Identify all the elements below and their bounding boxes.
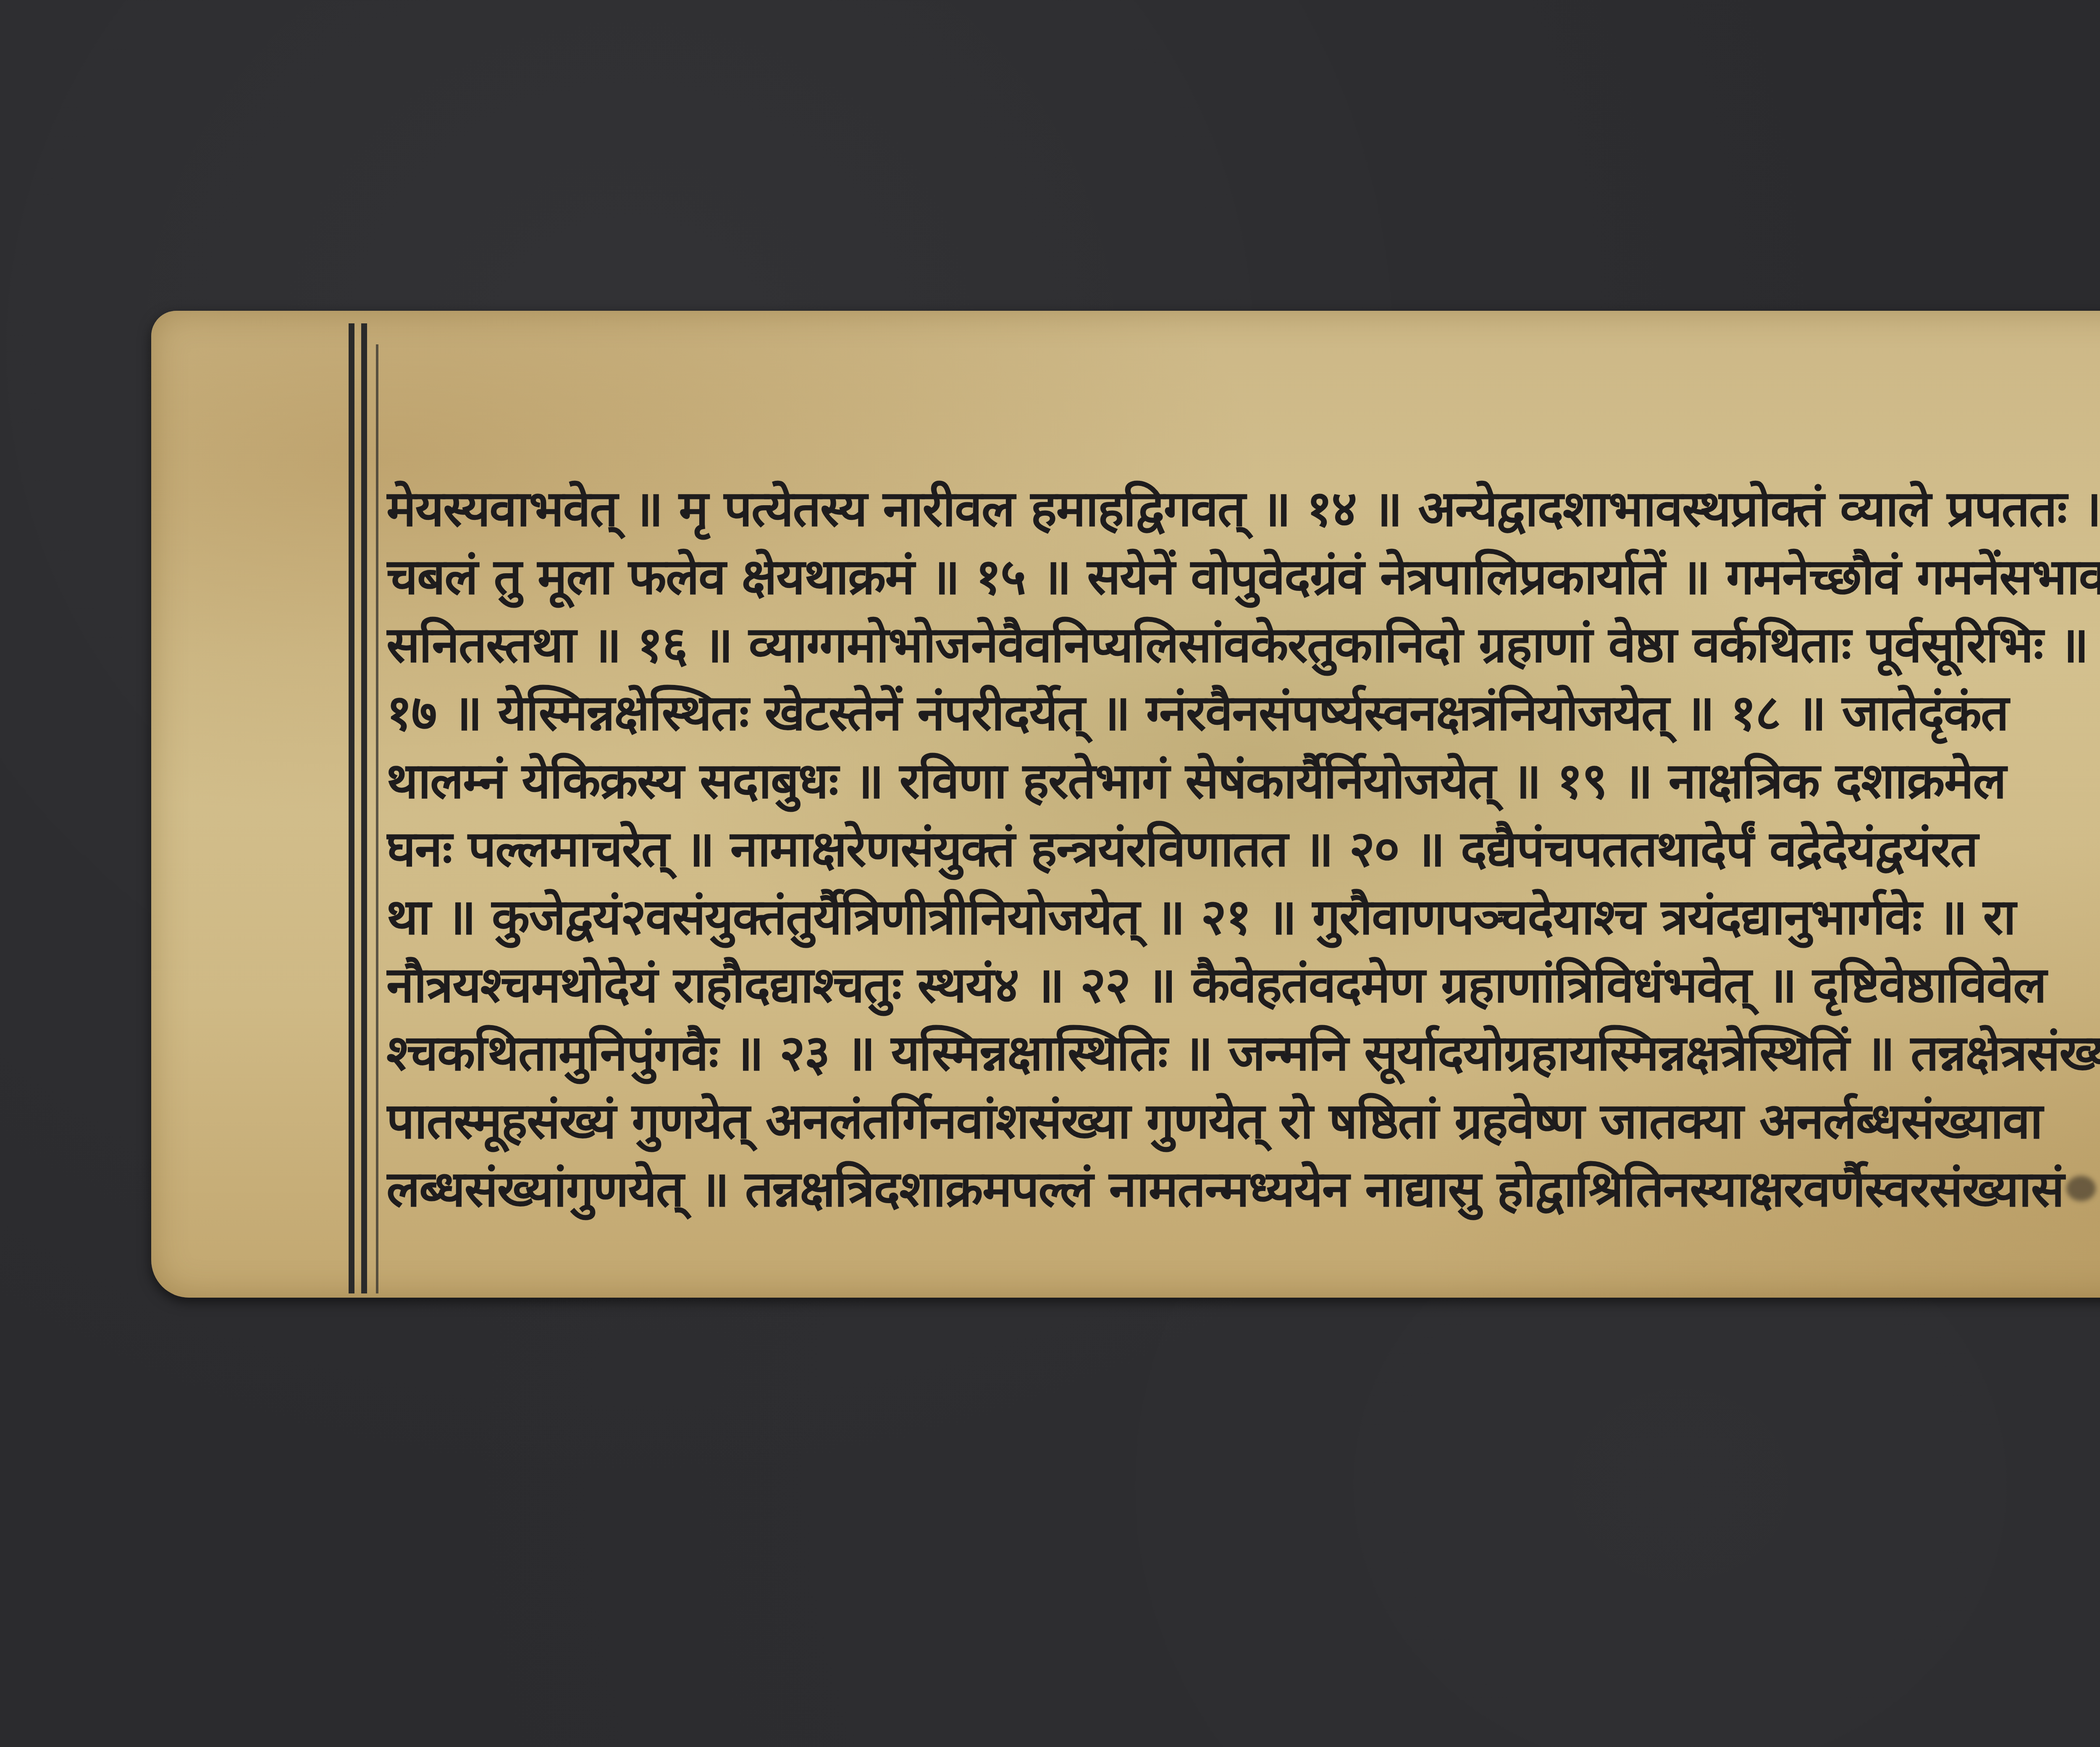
ink-stain [2066, 1176, 2096, 1201]
text-line-3: सनितस्तथा ॥ १६ ॥ व्याग्गमोभोजनेवैवनिप्यल… [386, 611, 2100, 679]
text-line-2: चबलं तु मूला फलेव क्षेयथाक्रमं ॥ १५ ॥ सय… [386, 543, 2100, 611]
text-line-9: श्चकथितामुनिपुंगवैः ॥ २३ ॥ यस्मिन्नक्षास… [386, 1019, 2100, 1087]
text-line-1: मेयस्यवाभवेत् ॥ मृ पत्येतस्य नारीवल हमाह… [386, 475, 2100, 543]
left-margin-rule [349, 323, 354, 1293]
manuscript-leaf: मेयस्यवाभवेत् ॥ मृ पत्येतस्य नारीवल हमाह… [151, 311, 2100, 1298]
text-line-4: १७ ॥ येस्मिन्नक्षेस्थितः खेटस्तेनें नंपर… [386, 679, 2100, 747]
text-line-7: था ॥ कुजेद्वयं२वसंयुक्तंतुर्यैत्रिणीत्री… [386, 883, 2100, 951]
text-line-11: लब्धसंख्यांगुणयेत् ॥ तन्नक्षत्रिदशाक्रमप… [386, 1155, 2100, 1223]
text-line-8: नौत्रयश्चमथोदेयं राहौदद्याश्चतुः स्थयं४ … [386, 951, 2100, 1019]
left-margin-rule [376, 344, 378, 1293]
text-line-6: घनः पल्लमाचरेत् ॥ नामाक्षरेणसंयुक्तं हन्… [386, 815, 2100, 883]
left-margin-rule [361, 323, 367, 1293]
manuscript-text: मेयस्यवाभवेत् ॥ मृ पत्येतस्य नारीवल हमाह… [386, 475, 2100, 1223]
text-line-10: पातस्मूहसंख्यं गुणयेत् अनलंतर्गिनवांशसंख… [386, 1087, 2100, 1155]
text-line-5: थालम्नं येकिक्रस्य सदाबुधः ॥ रविणा हरतेभ… [386, 747, 2100, 815]
